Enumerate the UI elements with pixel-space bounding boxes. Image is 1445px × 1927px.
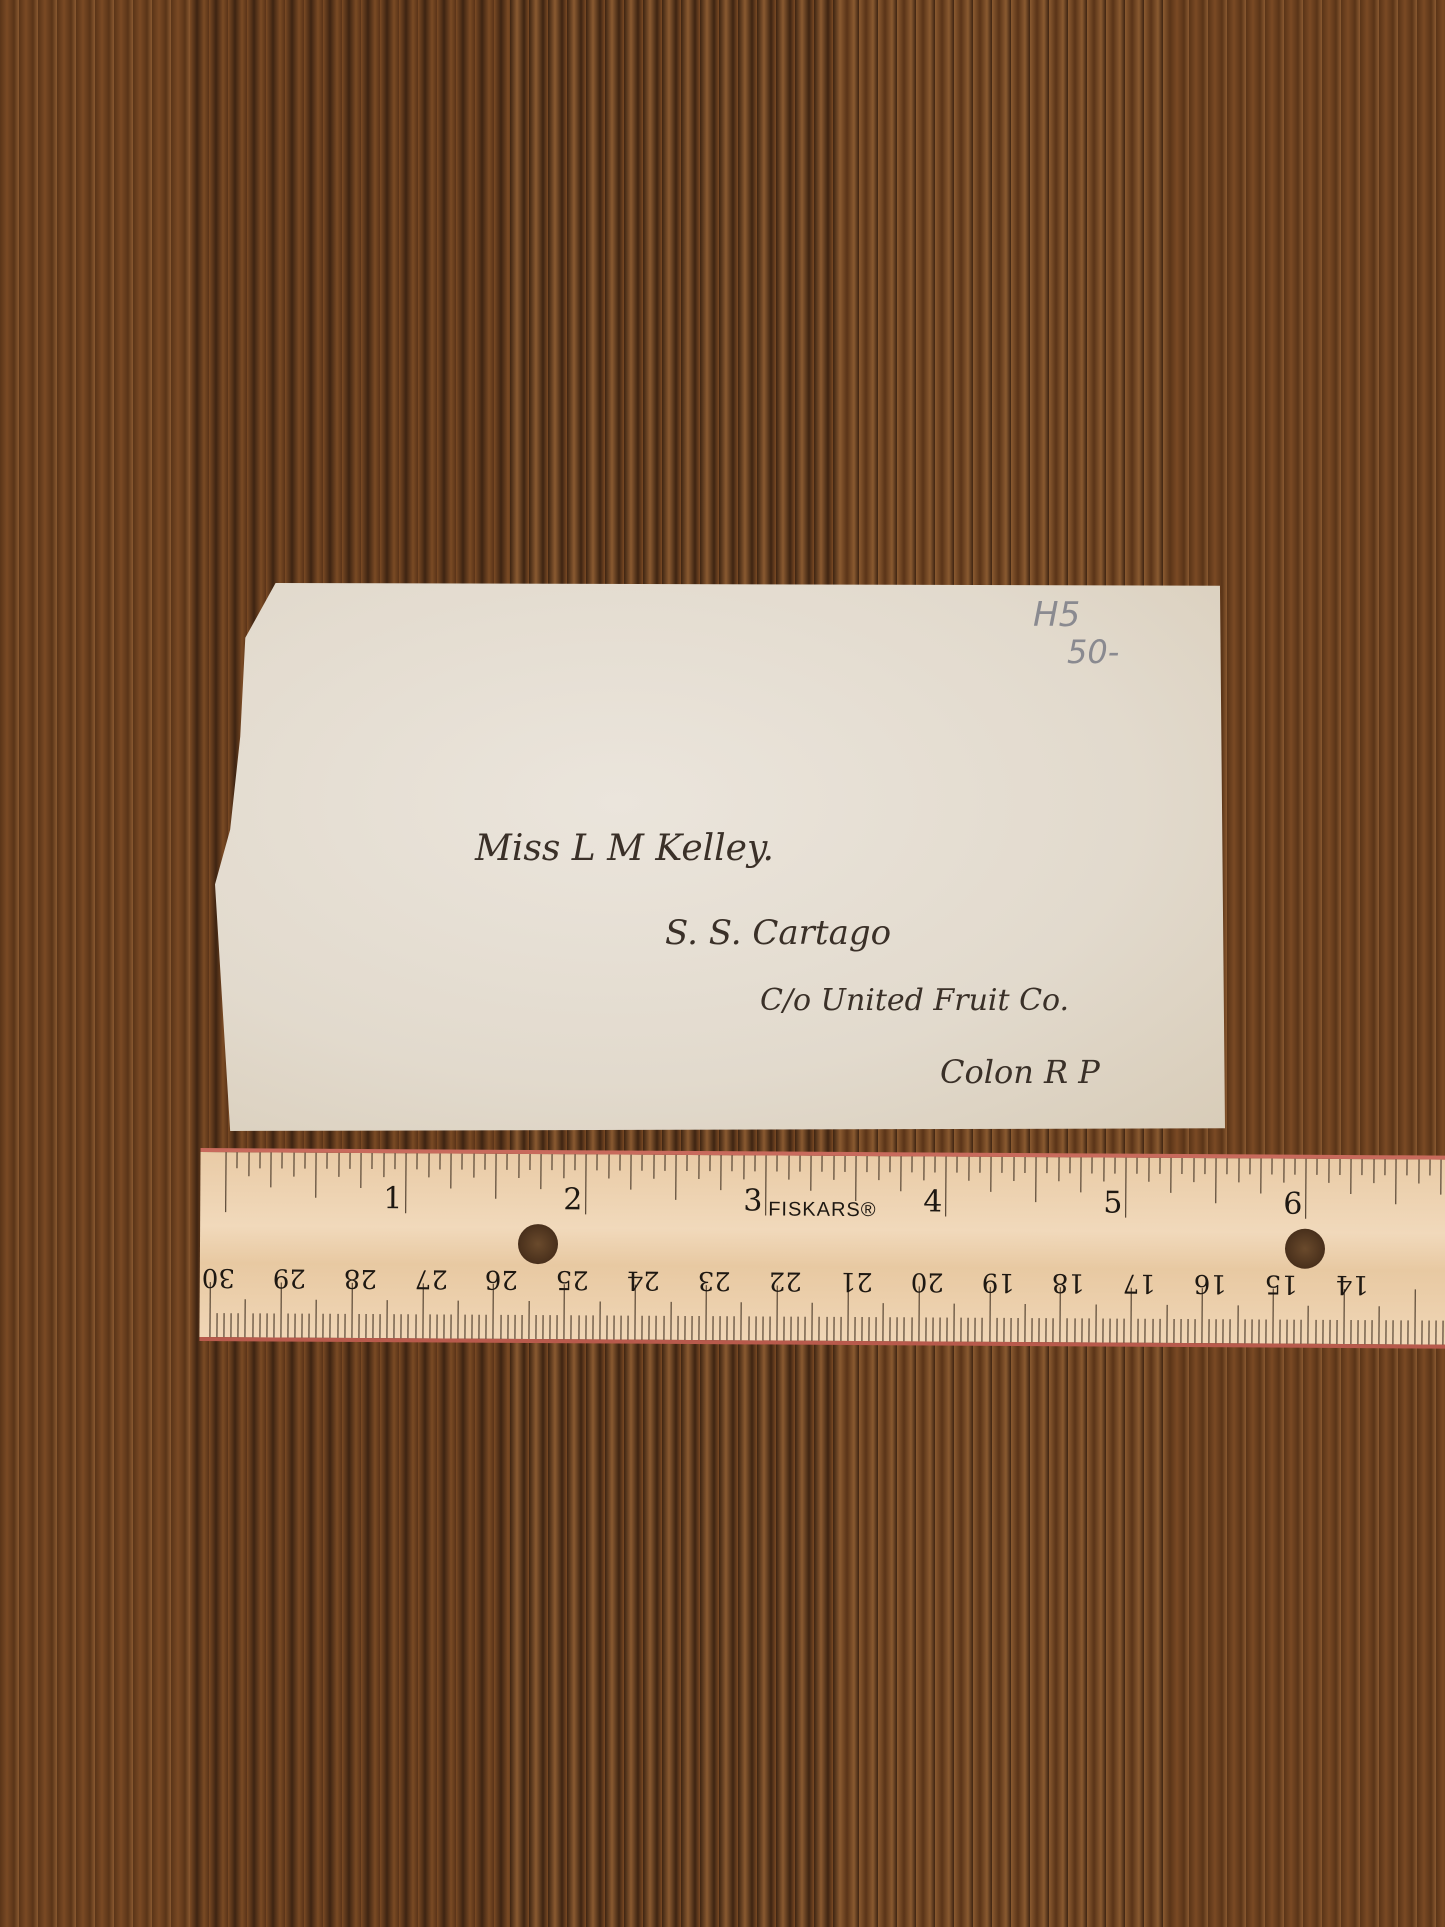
tick-mark <box>394 1314 395 1338</box>
tick-mark <box>372 1153 373 1169</box>
tick-mark <box>282 1152 283 1168</box>
tick-mark <box>677 1316 678 1340</box>
cm-label: 28 <box>343 1263 376 1293</box>
ruler-hole <box>1285 1229 1325 1269</box>
tick-mark <box>1227 1158 1228 1174</box>
tick-mark <box>1124 1319 1125 1343</box>
tick-mark <box>939 1318 940 1342</box>
tick-mark <box>741 1302 742 1340</box>
tick-mark <box>691 1316 692 1340</box>
cm-label: 29 <box>273 1262 306 1292</box>
tick-mark <box>383 1153 384 1177</box>
tick-mark <box>1384 1159 1385 1175</box>
tick-mark <box>812 1303 813 1341</box>
tick-mark <box>628 1316 629 1340</box>
tick-mark <box>1279 1320 1280 1344</box>
tick-mark <box>968 1318 969 1342</box>
tick-mark <box>656 1316 657 1340</box>
pencil-note-price: 50- <box>1067 633 1119 671</box>
tick-mark <box>630 1155 631 1190</box>
tick-mark <box>287 1314 288 1338</box>
cm-label: 16 <box>1194 1268 1227 1298</box>
tick-mark <box>1237 1305 1238 1343</box>
tick-mark <box>1372 1320 1373 1344</box>
tick-mark <box>1170 1158 1171 1193</box>
tick-mark <box>979 1157 980 1173</box>
tick-mark <box>923 1156 924 1180</box>
tick-mark <box>330 1314 331 1338</box>
tick-mark <box>1069 1157 1070 1173</box>
tick-mark <box>1148 1158 1149 1182</box>
tick-mark <box>1193 1158 1194 1182</box>
tick-mark <box>521 1315 522 1339</box>
tick-mark <box>1249 1158 1250 1174</box>
tick-mark <box>1166 1305 1167 1343</box>
tick-mark <box>507 1154 508 1170</box>
tick-mark <box>315 1153 316 1198</box>
tick-mark <box>619 1155 620 1171</box>
tick-mark <box>1180 1319 1181 1343</box>
tick-mark <box>1080 1157 1081 1192</box>
tick-mark <box>897 1317 898 1341</box>
tick-mark <box>225 1152 226 1212</box>
tick-mark <box>1421 1320 1422 1344</box>
tick-mark <box>401 1314 402 1338</box>
tick-mark <box>1003 1318 1004 1342</box>
tick-mark <box>1308 1306 1309 1344</box>
tick-mark <box>1035 1157 1036 1202</box>
tick-mark <box>861 1317 862 1341</box>
tick-mark <box>1322 1320 1323 1344</box>
tick-mark <box>365 1314 366 1338</box>
tick-mark <box>405 1153 406 1213</box>
tick-mark <box>1407 1159 1408 1175</box>
tick-mark <box>1400 1320 1401 1344</box>
tick-mark <box>867 1156 868 1172</box>
tick-mark <box>1058 1157 1059 1181</box>
tick-mark <box>755 1316 756 1340</box>
tick-mark <box>1010 1318 1011 1342</box>
tick-mark <box>653 1155 654 1179</box>
tick-mark <box>302 1314 303 1338</box>
cm-label: 23 <box>698 1265 731 1295</box>
tick-mark <box>1350 1159 1351 1194</box>
tick-mark <box>840 1317 841 1341</box>
inch-label: 5 <box>1103 1186 1122 1221</box>
tick-mark <box>900 1156 901 1191</box>
tick-mark <box>327 1153 328 1169</box>
inch-label: 3 <box>743 1183 762 1218</box>
tick-mark <box>238 1313 239 1337</box>
tick-mark <box>1305 1159 1306 1219</box>
tick-mark <box>709 1155 710 1171</box>
tick-mark <box>450 1315 451 1339</box>
tick-mark <box>868 1317 869 1341</box>
tick-mark <box>698 1155 699 1179</box>
tick-mark <box>1435 1321 1436 1345</box>
tick-mark <box>855 1156 856 1201</box>
tick-mark <box>1258 1319 1259 1343</box>
tick-mark <box>975 1318 976 1342</box>
tick-mark <box>309 1314 310 1338</box>
tick-mark <box>217 1313 218 1337</box>
tick-mark <box>642 1155 643 1171</box>
tick-mark <box>620 1316 621 1340</box>
tick-mark <box>649 1316 650 1340</box>
tick-mark <box>1301 1320 1302 1344</box>
envelope: H5 50- Miss L M Kelley. S. S. Cartago C/… <box>215 583 1225 1131</box>
tick-mark <box>1138 1319 1139 1343</box>
tick-mark <box>323 1314 324 1338</box>
tick-mark <box>1428 1321 1429 1345</box>
tick-mark <box>1095 1304 1096 1342</box>
tick-mark <box>675 1155 676 1200</box>
tick-mark <box>1047 1157 1048 1173</box>
ruler-brand: FISKARS® <box>768 1198 876 1222</box>
tick-mark <box>248 1152 249 1176</box>
tick-mark <box>1238 1158 1239 1182</box>
tick-mark <box>1074 1318 1075 1342</box>
tick-mark <box>822 1156 823 1172</box>
tick-mark <box>844 1156 845 1172</box>
tick-mark <box>854 1317 855 1341</box>
tick-mark <box>1092 1157 1093 1173</box>
tick-mark <box>1357 1320 1358 1344</box>
tick-mark <box>1053 1318 1054 1342</box>
tick-mark <box>925 1317 926 1341</box>
tick-mark <box>1223 1319 1224 1343</box>
tick-mark <box>1209 1319 1210 1343</box>
tick-mark <box>727 1316 728 1340</box>
tick-mark <box>684 1316 685 1340</box>
tick-mark <box>1339 1159 1340 1175</box>
tick-mark <box>1386 1320 1387 1344</box>
tick-mark <box>904 1317 905 1341</box>
pencil-note-code: H5 <box>1033 595 1080 635</box>
inch-label: 2 <box>563 1182 582 1217</box>
tick-mark <box>273 1313 274 1337</box>
tick-mark <box>883 1303 884 1341</box>
tick-mark <box>1159 1319 1160 1343</box>
tick-mark <box>1294 1159 1295 1175</box>
tick-mark <box>237 1152 238 1168</box>
tick-mark <box>890 1317 891 1341</box>
tick-mark <box>266 1313 267 1337</box>
tick-mark <box>1088 1318 1089 1342</box>
tick-mark <box>1440 1160 1441 1195</box>
tick-mark <box>777 1156 778 1172</box>
tick-mark <box>1328 1159 1329 1183</box>
tick-mark <box>968 1157 969 1181</box>
tick-mark <box>1265 1320 1266 1344</box>
tick-mark <box>1081 1318 1082 1342</box>
tick-mark <box>1362 1159 1363 1175</box>
cm-label: 22 <box>769 1265 802 1295</box>
tick-mark <box>826 1317 827 1341</box>
tick-mark <box>698 1316 699 1340</box>
tick-mark <box>597 1154 598 1170</box>
tick-mark <box>294 1314 295 1338</box>
tick-mark <box>415 1314 416 1338</box>
cm-label: 20 <box>910 1266 943 1296</box>
tick-mark <box>769 1316 770 1340</box>
tick-mark <box>765 1155 766 1215</box>
tick-mark <box>1393 1320 1394 1344</box>
tick-mark <box>473 1154 474 1178</box>
tick-mark <box>462 1154 463 1170</box>
tick-mark <box>1102 1319 1103 1343</box>
cm-label: 26 <box>485 1264 518 1294</box>
tick-mark <box>529 1154 530 1170</box>
tick-mark <box>1187 1319 1188 1343</box>
tick-mark <box>663 1316 664 1340</box>
tick-mark <box>911 1317 912 1341</box>
tick-mark <box>578 1315 579 1339</box>
tick-mark <box>1373 1159 1374 1183</box>
tick-mark <box>1317 1159 1318 1175</box>
tick-mark <box>507 1315 508 1339</box>
tick-mark <box>1272 1159 1273 1175</box>
tick-mark <box>443 1314 444 1338</box>
tick-mark <box>563 1154 564 1178</box>
tick-mark <box>1216 1319 1217 1343</box>
tick-mark <box>982 1318 983 1342</box>
tick-mark <box>762 1316 763 1340</box>
tick-mark <box>1350 1320 1351 1344</box>
tick-mark <box>1329 1320 1330 1344</box>
tick-mark <box>495 1154 496 1199</box>
inch-label: 1 <box>383 1181 402 1216</box>
tick-mark <box>1024 1304 1025 1342</box>
tick-mark <box>428 1153 429 1177</box>
tick-mark <box>540 1154 541 1189</box>
tick-mark <box>1336 1320 1337 1344</box>
tick-mark <box>613 1316 614 1340</box>
tick-mark <box>734 1316 735 1340</box>
tick-mark <box>557 1315 558 1339</box>
tick-mark <box>484 1154 485 1170</box>
tick-mark <box>1103 1158 1104 1182</box>
tick-mark <box>479 1315 480 1339</box>
tick-mark <box>1244 1319 1245 1343</box>
tick-mark <box>436 1314 437 1338</box>
tick-mark <box>245 1299 246 1337</box>
tick-mark <box>912 1156 913 1172</box>
tick-mark <box>961 1318 962 1342</box>
tick-mark <box>528 1301 529 1339</box>
tick-mark <box>720 1316 721 1340</box>
tick-mark <box>954 1304 955 1342</box>
tick-mark <box>957 1157 958 1173</box>
tick-mark <box>1159 1158 1160 1174</box>
cm-label: 27 <box>414 1263 447 1293</box>
tick-mark <box>380 1314 381 1338</box>
tick-mark <box>259 1313 260 1337</box>
tick-mark <box>1294 1320 1295 1344</box>
tick-mark <box>748 1316 749 1340</box>
tick-mark <box>270 1152 271 1187</box>
tick-mark <box>550 1315 551 1339</box>
tick-mark <box>1031 1318 1032 1342</box>
tick-mark <box>337 1314 338 1338</box>
tick-mark <box>788 1156 789 1180</box>
tick-mark <box>1046 1318 1047 1342</box>
tick-mark <box>293 1153 294 1177</box>
tick-mark <box>1395 1159 1396 1204</box>
tick-mark <box>1414 1289 1415 1344</box>
tick-mark <box>1287 1320 1288 1344</box>
tick-mark <box>720 1155 721 1190</box>
tick-mark <box>990 1157 991 1192</box>
cm-label: 14 <box>1336 1269 1369 1299</box>
tick-mark <box>664 1155 665 1171</box>
tick-mark <box>743 1155 744 1179</box>
tick-mark <box>945 1157 946 1217</box>
tick-mark <box>642 1316 643 1340</box>
tick-mark <box>1215 1158 1216 1203</box>
tick-mark <box>542 1315 543 1339</box>
tick-mark <box>224 1313 225 1337</box>
tick-mark <box>754 1155 755 1171</box>
address-line-company: C/o United Fruit Co. <box>760 983 1069 1018</box>
tick-mark <box>1152 1319 1153 1343</box>
cm-label: 21 <box>839 1266 872 1296</box>
tick-mark <box>732 1155 733 1171</box>
tick-mark <box>231 1313 232 1337</box>
cm-label: 19 <box>981 1267 1014 1297</box>
tick-mark <box>358 1314 359 1338</box>
tick-mark <box>783 1317 784 1341</box>
tick-mark <box>1114 1158 1115 1174</box>
tick-mark <box>1182 1158 1183 1174</box>
tick-mark <box>360 1153 361 1188</box>
tick-mark <box>450 1154 451 1189</box>
tick-mark <box>316 1300 317 1338</box>
tick-mark <box>1039 1318 1040 1342</box>
tick-mark <box>1024 1157 1025 1173</box>
tick-mark <box>552 1154 553 1170</box>
tick-mark <box>996 1318 997 1342</box>
tick-mark <box>1116 1319 1117 1343</box>
tick-mark <box>592 1315 593 1339</box>
tick-mark <box>486 1315 487 1339</box>
tick-mark <box>1017 1318 1018 1342</box>
tick-mark <box>1365 1320 1366 1344</box>
tick-mark <box>1418 1159 1419 1183</box>
ruler-hole <box>518 1224 558 1264</box>
tick-mark <box>713 1316 714 1340</box>
tick-mark <box>1315 1320 1316 1344</box>
tick-mark <box>344 1314 345 1338</box>
tick-mark <box>798 1317 799 1341</box>
tick-mark <box>791 1317 792 1341</box>
cm-label: 30 <box>202 1262 235 1292</box>
tick-mark <box>514 1315 515 1339</box>
tick-mark <box>1002 1157 1003 1173</box>
cm-ticks <box>199 1277 1445 1345</box>
tick-mark <box>889 1156 890 1172</box>
tick-mark <box>1013 1157 1014 1181</box>
tick-mark <box>394 1153 395 1169</box>
tick-mark <box>252 1313 253 1337</box>
tick-mark <box>1194 1319 1195 1343</box>
tick-mark <box>876 1317 877 1341</box>
cm-label: 18 <box>1052 1267 1085 1297</box>
tick-mark <box>946 1318 947 1342</box>
tick-mark <box>1067 1318 1068 1342</box>
tick-mark <box>1125 1158 1126 1218</box>
ruler: 123456 302928272625242322212019181716151… <box>199 1148 1445 1349</box>
tick-mark <box>408 1314 409 1338</box>
tick-mark <box>1137 1158 1138 1174</box>
tick-mark <box>833 1156 834 1180</box>
tick-mark <box>465 1315 466 1339</box>
inch-label: 6 <box>1283 1187 1302 1222</box>
tick-mark <box>304 1153 305 1169</box>
tick-mark <box>574 1154 575 1170</box>
tick-mark <box>1251 1319 1252 1343</box>
tick-mark <box>387 1300 388 1338</box>
tick-mark <box>599 1301 600 1339</box>
cm-label: 15 <box>1265 1269 1298 1299</box>
tick-mark <box>878 1156 879 1180</box>
tick-mark <box>518 1154 519 1178</box>
cm-label: 24 <box>627 1265 660 1295</box>
tick-mark <box>1283 1159 1284 1183</box>
tick-mark <box>1442 1321 1443 1345</box>
tick-mark <box>259 1152 260 1168</box>
tick-mark <box>934 1156 935 1172</box>
tick-mark <box>372 1314 373 1338</box>
tick-mark <box>338 1153 339 1177</box>
tick-mark <box>608 1154 609 1178</box>
tick-mark <box>457 1301 458 1339</box>
tick-mark <box>799 1156 800 1172</box>
floor-plank <box>0 0 193 1927</box>
tick-mark <box>500 1315 501 1339</box>
cm-label: 17 <box>1123 1268 1156 1298</box>
tick-mark <box>429 1314 430 1338</box>
tick-mark <box>932 1317 933 1341</box>
tick-mark <box>1429 1160 1430 1176</box>
tick-mark <box>670 1302 671 1340</box>
tick-mark <box>1260 1158 1261 1193</box>
tick-mark <box>1407 1320 1408 1344</box>
tick-mark <box>606 1315 607 1339</box>
tick-mark <box>1230 1319 1231 1343</box>
tick-mark <box>472 1315 473 1339</box>
address-line-recipient: Miss L M Kelley. <box>475 828 774 869</box>
tick-mark <box>687 1155 688 1171</box>
tick-mark <box>585 1315 586 1339</box>
tick-mark <box>535 1315 536 1339</box>
tick-mark <box>833 1317 834 1341</box>
tick-mark <box>1379 1306 1380 1344</box>
tick-mark <box>585 1154 586 1214</box>
tick-mark <box>1173 1319 1174 1343</box>
tick-mark <box>805 1317 806 1341</box>
address-line-ship: S. S. Cartago <box>665 913 891 953</box>
tick-mark <box>439 1153 440 1169</box>
address-line-city: Colon R P <box>940 1053 1100 1091</box>
tick-mark <box>1109 1319 1110 1343</box>
tick-mark <box>810 1156 811 1191</box>
tick-mark <box>349 1153 350 1169</box>
tick-mark <box>417 1153 418 1169</box>
inch-label: 4 <box>923 1184 942 1219</box>
cm-label: 25 <box>556 1264 589 1294</box>
tick-mark <box>1145 1319 1146 1343</box>
